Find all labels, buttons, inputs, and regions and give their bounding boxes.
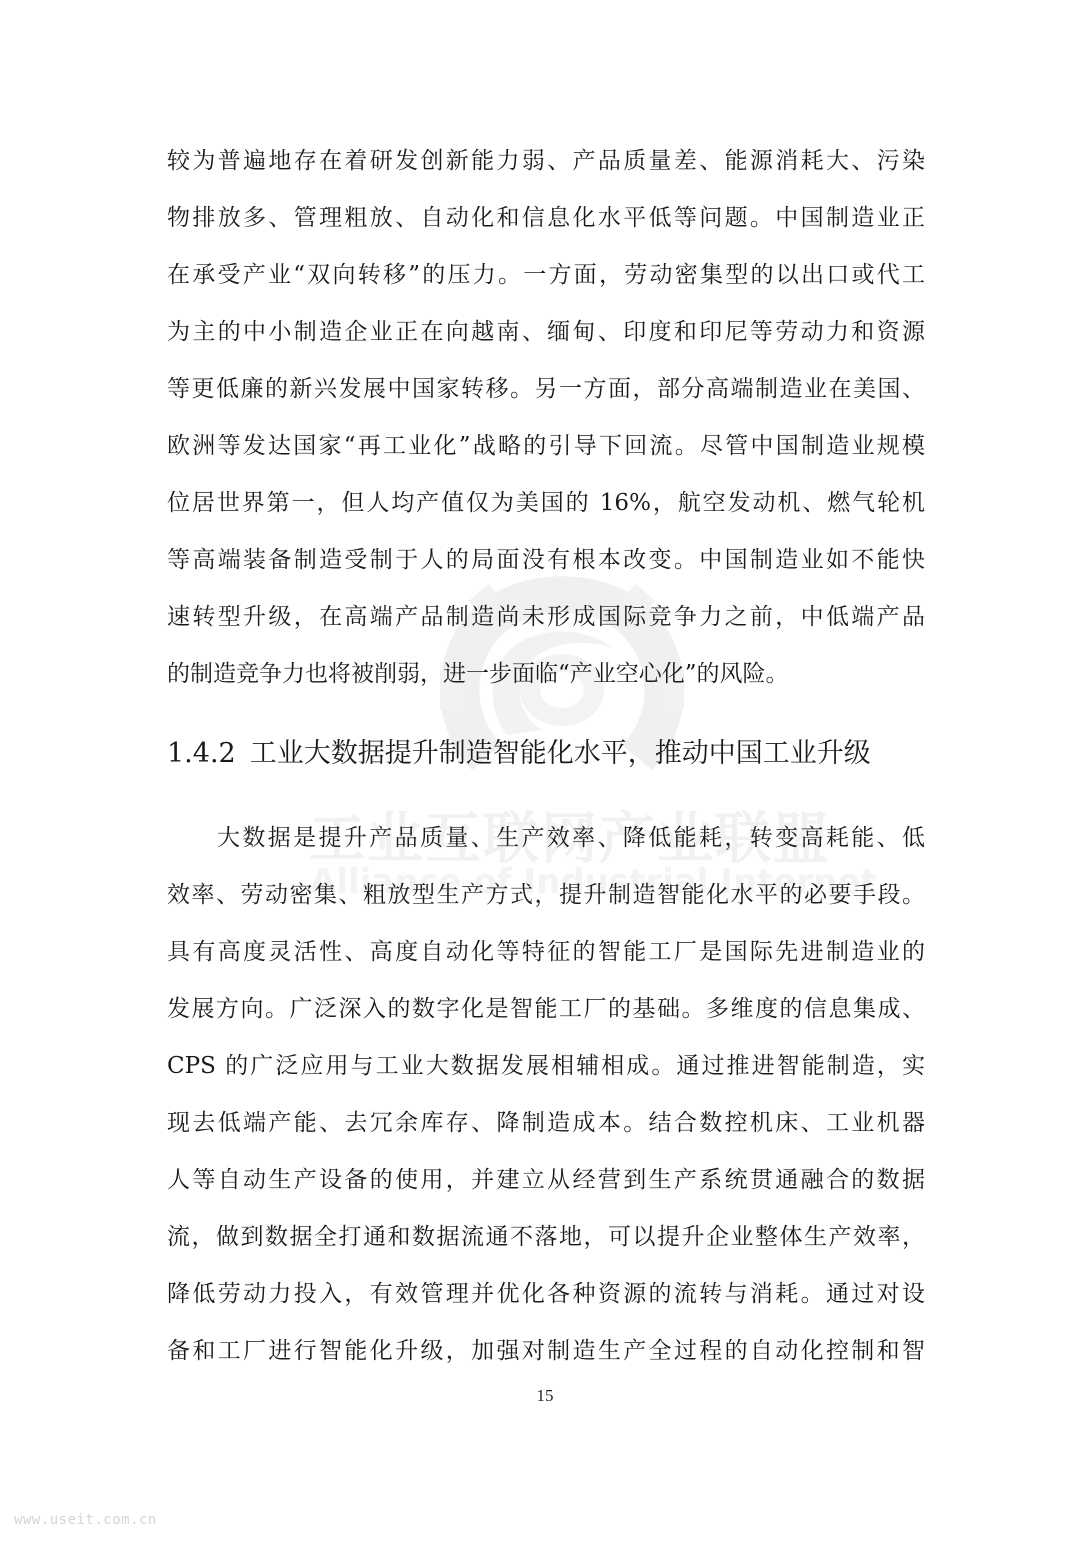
site-url-watermark: www.useit.com.cn — [14, 1512, 157, 1528]
text-line: CPS 的广泛应用与工业大数据发展相辅相成。通过推进智能制造，实 — [167, 1051, 925, 1081]
document-page: 工业互联网产业联盟 Alliance of Industrial Interne… — [0, 0, 1091, 1544]
text-line: 效率、劳动密集、粗放型生产方式，提升制造智能化水平的必要手段。 — [167, 880, 925, 910]
text-line: 物排放多、管理粗放、自动化和信息化水平低等问题。中国制造业正 — [167, 203, 925, 233]
text-line: 欧洲等发达国家“再工业化”战略的引导下回流。尽管中国制造业规模 — [167, 431, 925, 461]
text-line: 等高端装备制造受制于人的局面没有根本改变。中国制造业如不能快 — [167, 545, 925, 575]
text-line: 发展方向。广泛深入的数字化是智能工厂的基础。多维度的信息集成、 — [167, 994, 925, 1024]
text-line: 备和工厂进行智能化升级，加强对制造生产全过程的自动化控制和智 — [167, 1336, 925, 1366]
page-number: 15 — [520, 1386, 570, 1406]
text-line: 速转型升级，在高端产品制造尚未形成国际竞争力之前，中低端产品 — [167, 602, 925, 632]
section-heading: 1.4.2工业大数据提升制造智能化水平，推动中国工业升级 — [167, 736, 927, 772]
text-line: 的制造竞争力也将被削弱，进一步面临“产业空心化”的风险。 — [167, 659, 925, 689]
text-line: 大数据是提升产品质量、生产效率、降低能耗，转变高耗能、低 — [217, 823, 925, 853]
text-line: 为主的中小制造企业正在向越南、缅甸、印度和印尼等劳动力和资源 — [167, 317, 925, 347]
text-line: 降低劳动力投入，有效管理并优化各种资源的流转与消耗。通过对设 — [167, 1279, 925, 1309]
text-line: 具有高度灵活性、高度自动化等特征的智能工厂是国际先进制造业的 — [167, 937, 925, 967]
text-line: 等更低廉的新兴发展中国家转移。另一方面，部分高端制造业在美国、 — [167, 374, 925, 404]
text-line: 现去低端产能、去冗余库存、降制造成本。结合数控机床、工业机器 — [167, 1108, 925, 1138]
text-line: 流，做到数据全打通和数据流通不落地，可以提升企业整体生产效率， — [167, 1222, 925, 1252]
text-line: 较为普遍地存在着研发创新能力弱、产品质量差、能源消耗大、污染 — [167, 146, 925, 176]
section-number: 1.4.2 — [167, 738, 236, 769]
text-line: 在承受产业“双向转移”的压力。一方面，劳动密集型的以出口或代工 — [167, 260, 925, 290]
section-title: 工业大数据提升制造智能化水平，推动中国工业升级 — [250, 738, 871, 769]
text-line: 位居世界第一，但人均产值仅为美国的 16%，航空发动机、燃气轮机 — [167, 488, 925, 518]
text-line: 人等自动生产设备的使用，并建立从经营到生产系统贯通融合的数据 — [167, 1165, 925, 1195]
